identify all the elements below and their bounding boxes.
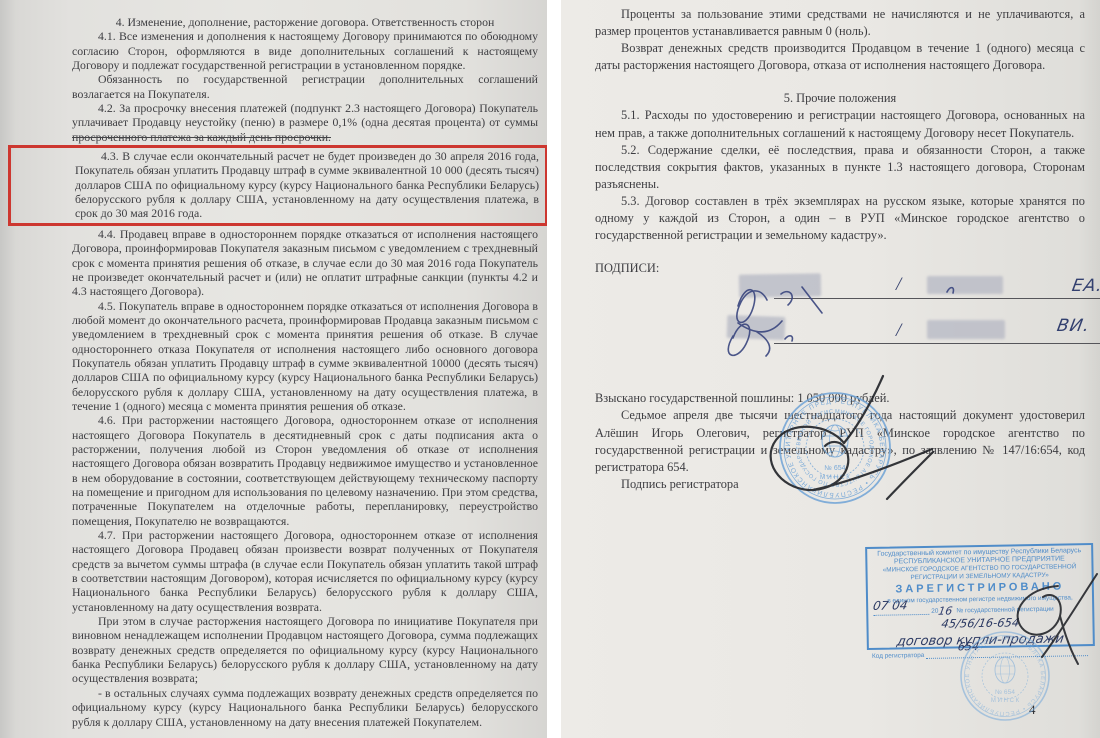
clause-4-3: 4.3. В случае если окончательный расчет … <box>75 149 539 221</box>
section-4-heading: 4. Изменение, дополнение, расторжение до… <box>72 15 538 29</box>
stamp-date-dotted-line <box>873 613 929 615</box>
clause-4-7-initiative: При этом в случае расторжения настоящего… <box>72 614 538 686</box>
signatures-label: ПОДПИСИ: <box>595 260 1085 277</box>
section-5-heading: 5. Прочие положения <box>595 90 1085 107</box>
stamp-year-handwritten: 16 <box>938 607 953 615</box>
contract-page-right: Проценты за пользование этими средствами… <box>561 0 1100 738</box>
clause-5-2: 5.2. Содержание сделки, её последствия, … <box>595 142 1085 193</box>
clause-4-2: 4.2. За просрочку внесения платежей (под… <box>72 101 538 144</box>
pen-signatures <box>595 280 1100 376</box>
document-scan: { "left": { "heading": "4. Изменение, до… <box>0 0 1100 738</box>
redacted-name-1 <box>739 274 821 298</box>
registrar-certification: Седьмое апреля две тысячи шестнадцатого … <box>595 407 1085 475</box>
stamp-reg-no-label: № государственной регистрации <box>956 605 1054 615</box>
signature-separator-1: / <box>896 276 901 293</box>
redacted-name-3 <box>727 315 786 340</box>
clause-4-2-struck-text: просроченного платежа за каждый день про… <box>72 130 331 144</box>
signature-separator-2: / <box>896 322 901 339</box>
redacted-name-4 <box>927 320 1005 339</box>
stamp2-city: М И Н С К <box>991 698 1020 704</box>
stamp-code-label: Код регистратора <box>872 652 924 661</box>
clause-4-4: 4.4. Продавец вправе в одностороннем пор… <box>72 227 538 299</box>
stamp-code-handwritten: 654 <box>957 643 979 651</box>
clause-4-6: 4.6. При расторжении настоящего Договора… <box>72 413 538 528</box>
signature-initials-2: ВИ. <box>1055 318 1091 335</box>
registration-rect-stamp: Государственный комитет по имуществу Рес… <box>865 543 1095 650</box>
clause-4-5: 4.5. Покупатель вправе в одностороннем п… <box>72 299 538 414</box>
contract-page-left: 4. Изменение, дополнение, расторжение до… <box>0 0 547 738</box>
stamp-reg-no-handwritten: 45/56/16-654 <box>940 614 1020 633</box>
clause-5-3: 5.3. Договор составлен в трёх экземпляра… <box>595 193 1085 244</box>
clause-4-7: 4.7. При расторжении настоящего Договора… <box>72 528 538 614</box>
signature-line-1 <box>774 298 1100 299</box>
clause-4-7-other-cases: - в остальных случаях сумма подлежащих в… <box>72 686 538 729</box>
redacted-name-2 <box>927 276 1003 294</box>
state-duty-line: Взыскано государственной пошлины: 1 050 … <box>595 390 1085 407</box>
clause-refund: Возврат денежных средств производится Пр… <box>595 40 1085 74</box>
clause-4-1-note: Обязанность по государственной регистрац… <box>72 72 538 101</box>
page-number: 4 <box>1029 701 1036 718</box>
clause-5-1: 5.1. Расходы по удостоверению и регистра… <box>595 107 1085 141</box>
registrar-signature-label: Подпись регистратора <box>595 476 1085 493</box>
stamp-date-handwritten: 07 04 <box>873 601 909 610</box>
stamp-code-dotted-line <box>926 655 1088 659</box>
clause-4-2-text: 4.2. За просрочку внесения платежей (под… <box>72 101 538 129</box>
signature-initials-1: ЕА. <box>1070 278 1100 295</box>
clause-4-1: 4.1. Все изменения и дополнения к настоя… <box>72 29 538 72</box>
signatures-block: / / ЕА. ВИ. <box>595 280 1085 376</box>
signature-line-2 <box>774 343 1100 344</box>
red-highlight-frame: 4.3. В случае если окончательный расчет … <box>8 145 547 226</box>
clause-interest: Проценты за пользование этими средствами… <box>595 6 1085 40</box>
stamp2-number: № 654 <box>995 689 1015 696</box>
